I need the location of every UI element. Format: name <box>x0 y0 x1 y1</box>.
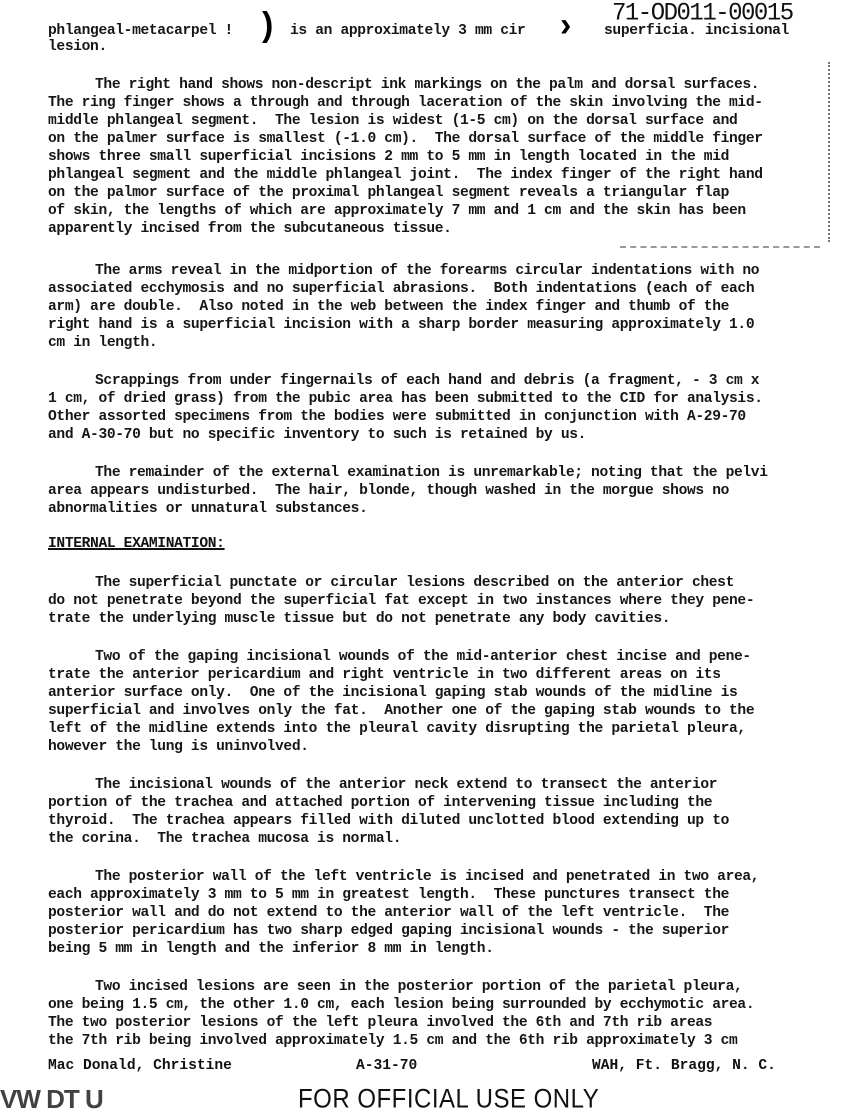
scan-artifact-line <box>620 246 820 248</box>
paragraph-line: on the palmor surface of the proximal ph… <box>48 184 729 202</box>
footer-patient-name: Mac Donald, Christine <box>48 1058 232 1074</box>
paragraph-line: area appears undisturbed. The hair, blon… <box>48 482 729 500</box>
footer-location: WAH, Ft. Bragg, N. C. <box>592 1058 776 1074</box>
paragraph-line: The posterior wall of the left ventricle… <box>95 868 759 886</box>
paragraph-line: The incisional wounds of the anterior ne… <box>95 776 717 794</box>
paragraph-line: left of the midline extends into the ple… <box>48 720 746 738</box>
paragraph-line: posterior wall and do not extend to the … <box>48 904 729 922</box>
paragraph-line: one being 1.5 cm, the other 1.0 cm, each… <box>48 996 754 1014</box>
paragraph-line: each approximately 3 mm to 5 mm in great… <box>48 886 729 904</box>
paragraph-line: abnormalities or unnatural substances. <box>48 500 368 518</box>
paragraph-line: being 5 mm in length and the inferior 8 … <box>48 940 494 958</box>
paragraph-line: of skin, the lengths of which are approx… <box>48 202 746 220</box>
top-partial-line-2: lesion. <box>48 38 107 56</box>
paragraph-line: phlangeal segment and the middle phlange… <box>48 166 763 184</box>
paragraph-line: Two incised lesions are seen in the post… <box>95 978 742 996</box>
section-heading-internal-examination: INTERNAL EXAMINATION: <box>48 536 225 552</box>
top-partial-line-right: superficia. incisional <box>604 22 789 40</box>
paragraph-line: Other assorted specimens from the bodies… <box>48 408 746 426</box>
paragraph-line: apparently incised from the subcutaneous… <box>48 220 452 238</box>
paragraph-line: right hand is a superficial incision wit… <box>48 316 754 334</box>
paragraph-line: arm) are double. Also noted in the web b… <box>48 298 729 316</box>
paragraph-line: associated ecchymosis and no superficial… <box>48 280 754 298</box>
paragraph-line: posterior pericardium has two sharp edge… <box>48 922 729 940</box>
paragraph-line: superficial and involves only the fat. A… <box>48 702 754 720</box>
paragraph-line: middle phlangeal segment. The lesion is … <box>48 112 737 130</box>
paragraph-line: trate the underlying muscle tissue but d… <box>48 610 670 628</box>
paragraph-line: The arms reveal in the midportion of the… <box>95 262 759 280</box>
punch-hole-mark-right: › <box>560 6 571 45</box>
paragraph-line: cm in length. <box>48 334 157 352</box>
paragraph-line: anterior surface only. One of the incisi… <box>48 684 737 702</box>
paragraph-line: 1 cm, of dried grass) from the pubic are… <box>48 390 763 408</box>
paragraph-line: however the lung is uninvolved. <box>48 738 309 756</box>
margin-marks <box>828 62 832 242</box>
paragraph-line: The remainder of the external examinatio… <box>95 464 768 482</box>
paragraph-line: thyroid. The trachea appears filled with… <box>48 812 729 830</box>
paragraph-line: shows three small superficial incisions … <box>48 148 729 166</box>
paragraph-line: portion of the trachea and attached port… <box>48 794 712 812</box>
official-use-stamp: FOR OFFICIAL USE ONLY <box>298 1085 599 1114</box>
paragraph-line: The ring finger shows a through and thro… <box>48 94 763 112</box>
paragraph-line: The right hand shows non-descript ink ma… <box>95 76 759 94</box>
document-page: 71-OD011-00015 ) › phlangeal-metacarpel … <box>0 0 860 1114</box>
paragraph-line: and A-30-70 but no specific inventory to… <box>48 426 586 444</box>
corner-stamp-mark: VW DT U <box>0 1084 103 1114</box>
paragraph-line: The two posterior lesions of the left pl… <box>48 1014 712 1032</box>
paragraph-line: trate the anterior pericardium and right… <box>48 666 721 684</box>
paragraph-line: The superficial punctate or circular les… <box>95 574 734 592</box>
paragraph-line: Two of the gaping incisional wounds of t… <box>95 648 751 666</box>
paragraph-line: Scrappings from under fingernails of eac… <box>95 372 759 390</box>
footer-case-number: A-31-70 <box>356 1058 417 1074</box>
top-partial-line-middle: is an approximately 3 mm cir <box>290 22 525 40</box>
punch-hole-mark-left: ) <box>262 6 273 45</box>
paragraph-line: on the palmer surface is smallest (-1.0 … <box>48 130 763 148</box>
paragraph-line: the corina. The trachea mucosa is normal… <box>48 830 401 848</box>
paragraph-line: do not penetrate beyond the superficial … <box>48 592 754 610</box>
paragraph-line: the 7th rib being involved approximately… <box>48 1032 737 1050</box>
